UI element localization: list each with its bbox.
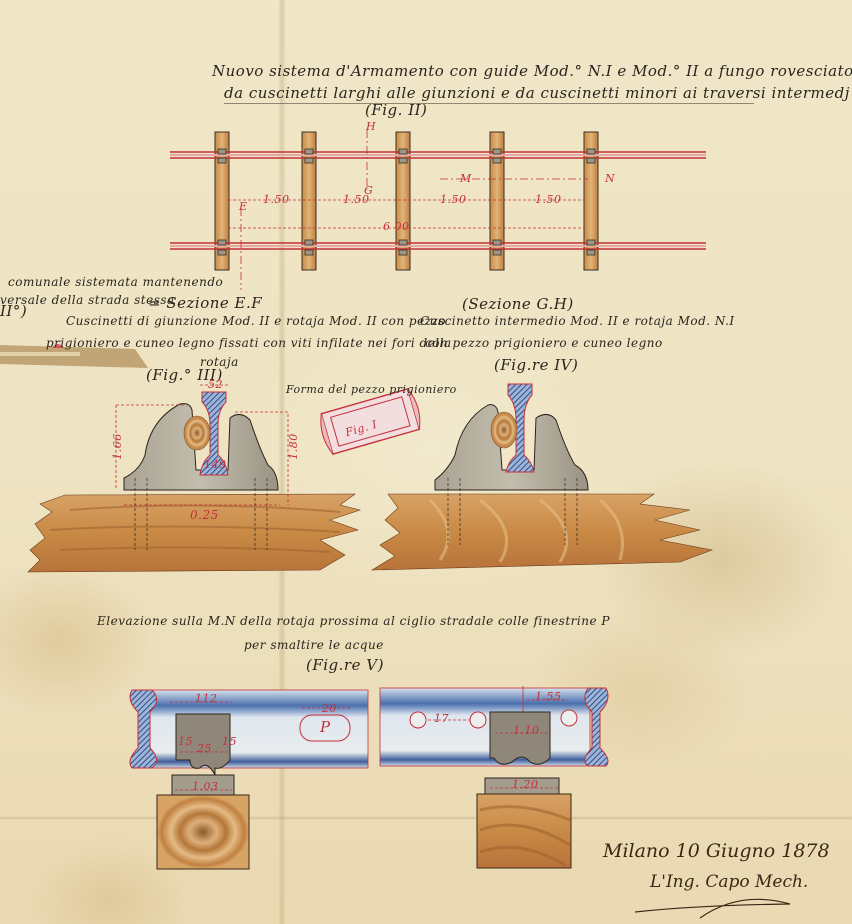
fig2-dim-3: 1.50 xyxy=(440,193,467,206)
section-mark-E: E xyxy=(239,200,248,213)
fig3-dim-height-right: 1.80 xyxy=(287,433,300,460)
left-partial-line-3: II°) xyxy=(0,302,27,320)
fig5-left-slot-P: P xyxy=(320,718,331,736)
title-line-1: Nuovo sistema d'Armamento con guide Mod.… xyxy=(212,62,852,80)
fig2-label: (Fig. II) xyxy=(365,101,427,119)
fig5-right-inner: 1.10 xyxy=(513,724,540,737)
signature-flourish xyxy=(635,899,790,918)
fig2-gauge: 6 00 xyxy=(383,220,410,233)
fig3-section-label: = Sezione E.F xyxy=(148,294,262,312)
fig5-left-dim-top: 112 xyxy=(195,692,218,705)
fig5-label: (Fig.re V) xyxy=(306,656,384,674)
fig4-section-label: (Sezione G.H) xyxy=(462,295,574,313)
fig3-dim-height-left: 1.66 xyxy=(111,433,124,460)
title-line-2: da cuscinetti larghi alle giunzioni e da… xyxy=(224,84,850,102)
section-mark-N: N xyxy=(605,172,615,185)
fig5-left-side-b: 15 xyxy=(222,735,237,748)
left-partial-line-1: comunale sistemata mantenendo xyxy=(8,275,223,289)
fig4-caption-1: Cuscinetto intermedio Mod. II e rotaja M… xyxy=(420,314,735,328)
fig5-caption-2: per smaltire le acque xyxy=(244,638,384,652)
fig2-dim-1: 1.50 xyxy=(263,193,290,206)
fig5-right-top: 1.55 xyxy=(535,690,562,703)
fig5-left-elevation xyxy=(130,690,368,869)
fig3-joint-chair xyxy=(28,385,360,572)
fig3-dim-top: 52 xyxy=(208,378,223,391)
fig4-caption-2: con pezzo prigioniero e cuneo legno xyxy=(425,336,663,350)
fig5-caption-1: Elevazione sulla M.N della rotaja prossi… xyxy=(97,614,610,628)
section-mark-M: M xyxy=(460,172,472,185)
fig3-caption-2: prigioniero e cuneo legno fissati con vi… xyxy=(46,336,452,350)
fig3-caption-1: Cuscinetti di giunzione Mod. II e rotaja… xyxy=(66,314,446,328)
fig5-right-hole-dim: 17 xyxy=(434,712,449,725)
fig4-intermediate-chair xyxy=(372,384,712,570)
fig3-dim-base: 0.25 xyxy=(190,508,219,522)
signature-place-date: Milano 10 Giugno 1878 xyxy=(603,840,830,862)
fig2-dim-4: 1.50 xyxy=(535,193,562,206)
fig4-label: (Fig.re IV) xyxy=(494,356,578,374)
fig5-left-slot-dim: 20 xyxy=(322,702,337,715)
fig5-right-base: 1.20 xyxy=(512,778,539,791)
technical-drawings xyxy=(0,0,852,924)
fig3-dim-web: 149 xyxy=(204,458,227,471)
fig5-right-elevation xyxy=(380,686,608,868)
fig1-caption: Forma del pezzo prigioniero xyxy=(286,383,457,396)
title-underline xyxy=(224,103,754,104)
section-mark-G: G xyxy=(364,184,373,197)
drawing-sheet: Nuovo sistema d'Armamento con guide Mod.… xyxy=(0,0,852,924)
fig5-left-side-a: 15 xyxy=(178,735,193,748)
fig5-left-inner: 25 xyxy=(197,742,212,755)
fig2-track-plan xyxy=(170,130,706,290)
fig5-left-base: 1.03 xyxy=(192,780,219,793)
signature-title: L'Ing. Capo Mech. xyxy=(650,872,808,892)
section-mark-H: H xyxy=(366,120,376,133)
